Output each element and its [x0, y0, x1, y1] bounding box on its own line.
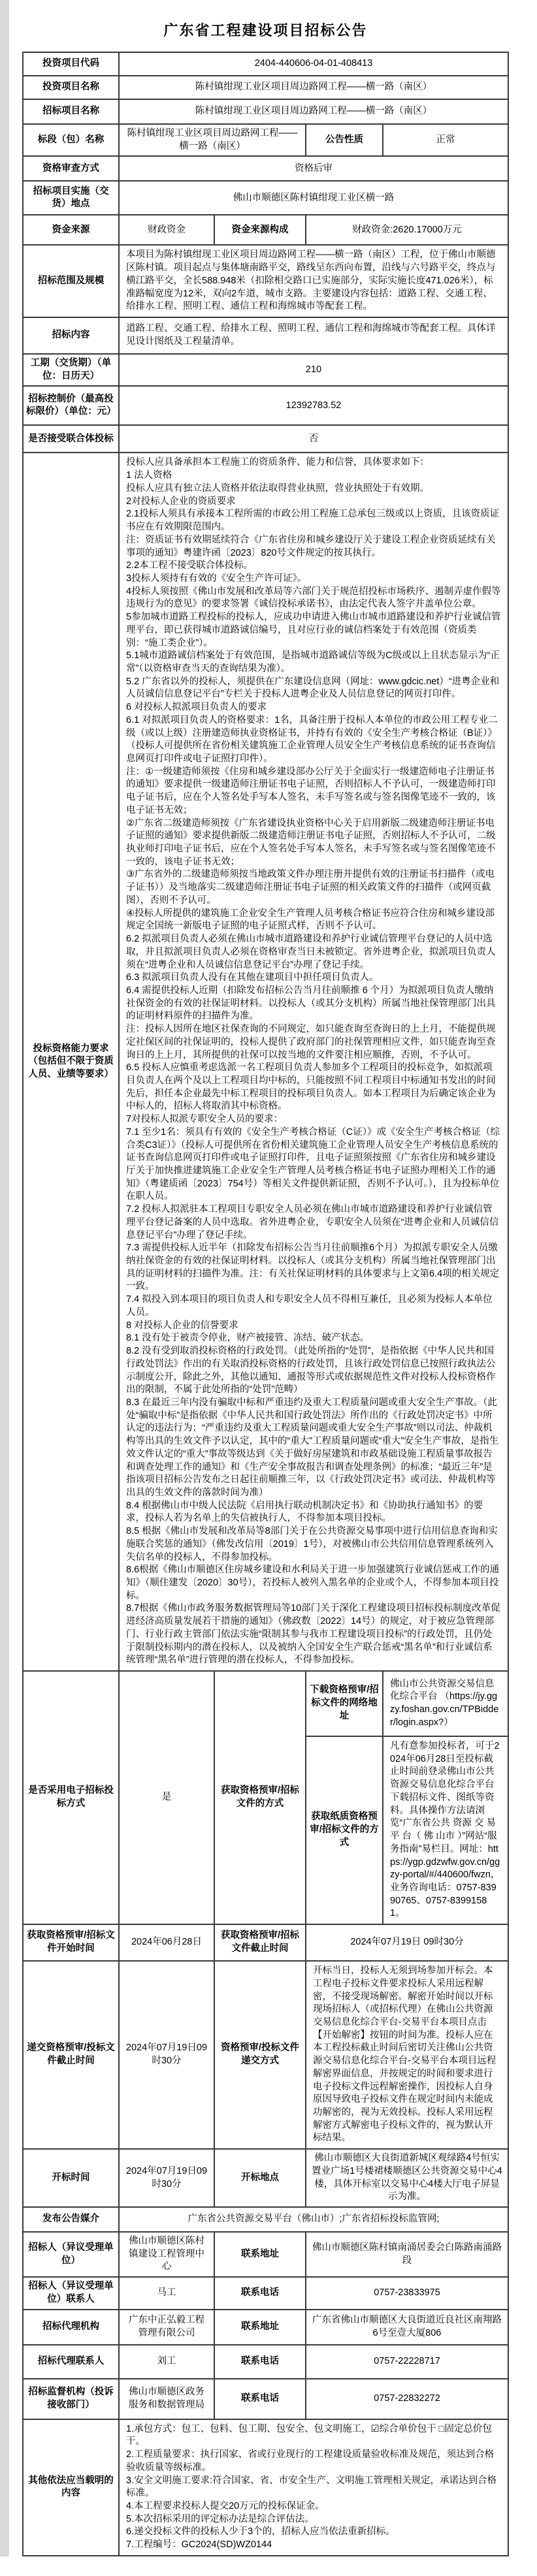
opening-place-label: 开标地点: [214, 2149, 306, 2207]
scope-value: 本项目为陈村镇绀现工业区项目周边路网工程——横一路（南区）工程，位于佛山市顺德区…: [119, 245, 508, 317]
row-content: 招标内容 道路工程、交通工程、给排水工程、照明工程、通信工程和海绵城市等配套工程…: [23, 317, 508, 354]
price-cap-value: 12392783.52: [119, 386, 508, 425]
price-cap-label: 招标控制价（最高投标限价）（单位：元）: [23, 386, 119, 425]
supervisor-value: 佛山市顺德区政务服务和数据管理局: [119, 2379, 214, 2419]
row-funding: 资金来源 财政资金 资金来源构成 财政资金:2620.17000万元: [23, 215, 508, 245]
tender-notice-table: 投资项目代码 2404-440606-04-01-408413 投资项目名称 陈…: [22, 52, 509, 2556]
submit-deadline-value: 2024年07月19日09时30分: [119, 1961, 214, 2149]
obtain-end-label: 获取资格预审/招标文件截止时间: [214, 1924, 306, 1961]
row-submit-deadline: 递交资格预审/投标文件截止时间 2024年07月19日09时30分 资格预审/投…: [23, 1961, 508, 2149]
row-tenderer: 招标人（异议受理单位） 佛山市顺德区陈村镇建设工程管理中心 联系地址 佛山市顺德…: [23, 2232, 508, 2277]
row-joint-bid: 是否接受联合体投标 否: [23, 425, 508, 453]
agency-phone-value: 0757-22228717: [306, 2345, 508, 2379]
funding-comp-value: 财政资金:2620.17000万元: [306, 215, 508, 245]
supervisor-phone-value: 0757-22832272: [306, 2379, 508, 2419]
content-value: 道路工程、交通工程、给排水工程、照明工程、通信工程和海绵城市等配套工程。具体详见…: [119, 317, 508, 354]
location-value: 佛山市顺德区陈村镇绀现工业区横一路: [119, 181, 508, 215]
row-electronic-bidding: 是否采用电子招标投标方式 是 获取资格预审/招标文件的方式 下载资格预审/招标文…: [23, 1671, 508, 1736]
download-url-label: 下载资格预审/招标文件的网络地址: [306, 1671, 383, 1736]
invest-name-value: 陈村镇绀现工业区项目周边路网工程——横一路（南区）: [119, 76, 508, 99]
duration-label: 工期（交货期）（单位：日历天）: [23, 354, 119, 386]
section-name-label: 标段（包）名称: [23, 124, 119, 156]
row-obtain-time: 获取资格预审/招标文件开始时间 2024年06月28日 获取资格预审/招标文件截…: [23, 1924, 508, 1961]
page-left-edge: [0, 0, 9, 2556]
tenderer-phone-value: 0757-23833975: [306, 2277, 508, 2309]
media-label: 发布公告媒介: [23, 2207, 119, 2232]
scope-label: 招标范围及规模: [23, 245, 119, 317]
agency-contact-label: 招标代理联系人: [23, 2345, 119, 2379]
row-duration: 工期（交货期）（单位：日历天） 210: [23, 354, 508, 386]
notice-nature-label: 公告性质: [306, 124, 383, 156]
section-name-value: 陈村镇绀现工业区项目周边路网工程——横一路（南区）: [119, 124, 306, 156]
media-value: 广东省公共资源交易平台（佛山市）;广东省招标投标监管网;: [119, 2207, 508, 2232]
other-content-label: 其他依法应当载明的内容: [23, 2419, 119, 2556]
opening-time-value: 2024年07月19日09时30分: [119, 2149, 214, 2207]
row-qualification: 投标资格能力要求（包括但不限于资质人员、业绩等要求） 投标人应具备承担本工程施工…: [23, 453, 508, 1671]
project-code-label: 投资项目代码: [23, 52, 119, 76]
agency-address-value: 广东省佛山市顺德区大良街道近良社区南翔路6号至壹大厦806: [306, 2310, 508, 2345]
row-agency: 招标代理机构 广东中正弘毅工程管理有限公司 联系地址 广东省佛山市顺德区大良街道…: [23, 2310, 508, 2345]
obtain-end-value: 2024年07月19日 09时30分: [306, 1924, 508, 1961]
agency-address-label: 联系地址: [214, 2310, 306, 2345]
electronic-bidding-label: 是否采用电子招标投标方式: [23, 1671, 119, 1924]
agency-label: 招标代理机构: [23, 2310, 119, 2345]
agency-contact-value: 刘工: [119, 2345, 214, 2379]
tenderer-label: 招标人（异议受理单位）: [23, 2232, 119, 2277]
opening-place-value: 佛山市顺德区大良街道新城区观绿路4号恒实置业广场1号楼裙楼顺德区公共资源交易中心…: [306, 2149, 508, 2207]
review-method-label: 资格审查方式: [23, 156, 119, 181]
other-content-value: 1.承包方式：包工、包料、包工期、包安全、包文明施工，☑综合单价包干 □固定总价…: [119, 2419, 508, 2556]
row-section-name: 标段（包）名称 陈村镇绀现工业区项目周边路网工程——横一路（南区） 公告性质 正…: [23, 124, 508, 156]
obtain-method-label: 获取资格预审/招标文件的方式: [214, 1671, 306, 1924]
funding-label: 资金来源: [23, 215, 119, 245]
tenderer-phone-label: 联系电话: [214, 2277, 306, 2309]
row-other-content: 其他依法应当载明的内容 1.承包方式：包工、包料、包工期、包安全、包文明施工，☑…: [23, 2419, 508, 2556]
paper-obtain-label: 获取纸质资格预审/招标文件的方式: [306, 1736, 383, 1924]
row-price-cap: 招标控制价（最高投标限价）（单位：元） 12392783.52: [23, 386, 508, 425]
row-supervisor: 招标监督机构（投诉接收部门） 佛山市顺德区政务服务和数据管理局 联系电话 075…: [23, 2379, 508, 2419]
submit-method-label: 资格预审/投标文件递交方式: [214, 1961, 306, 2149]
tenderer-address-value: 佛山市顺德区陈村镇南涌居委会白陈路南涌路段: [306, 2232, 508, 2277]
funding-comp-label: 资金来源构成: [214, 215, 306, 245]
joint-bid-value: 否: [119, 425, 508, 453]
tenderer-value: 佛山市顺德区陈村镇建设工程管理中心: [119, 2232, 214, 2277]
supervisor-label: 招标监督机构（投诉接收部门）: [23, 2379, 119, 2419]
obtain-start-value: 2024年06月28日: [119, 1924, 214, 1961]
row-review-method: 资格审查方式 资格后审: [23, 156, 508, 181]
row-project-code: 投资项目代码 2404-440606-04-01-408413: [23, 52, 508, 76]
qualification-value: 投标人应具备承担本工程施工的资质条件、能力和信誉，具体要求如下： 1 法人资格 …: [119, 453, 508, 1671]
download-url-value: 佛山市公共资源交易信息化综合平台 （https://jy.ggzy.foshan…: [383, 1671, 508, 1736]
duration-value: 210: [119, 354, 508, 386]
location-label: 招标项目实施（交货）地点: [23, 181, 119, 215]
funding-value: 财政资金: [119, 215, 214, 245]
row-scope: 招标范围及规模 本项目为陈村镇绀现工业区项目周边路网工程——横一路（南区）工程，…: [23, 245, 508, 317]
content-label: 招标内容: [23, 317, 119, 354]
obtain-start-label: 获取资格预审/招标文件开始时间: [23, 1924, 119, 1961]
tenderer-contact-value: 马工: [119, 2277, 214, 2309]
tenderer-address-label: 联系地址: [214, 2232, 306, 2277]
submit-deadline-label: 递交资格预审/投标文件截止时间: [23, 1961, 119, 2149]
row-tender-name: 招标项目名称 陈村镇绀现工业区项目周边路网工程——横一路（南区）: [23, 99, 508, 124]
row-invest-name: 投资项目名称 陈村镇绀现工业区项目周边路网工程——横一路（南区）: [23, 76, 508, 99]
row-tenderer-contact: 招标人（异议受理单位）联系人 马工 联系电话 0757-23833975: [23, 2277, 508, 2309]
tenderer-contact-label: 招标人（异议受理单位）联系人: [23, 2277, 119, 2309]
row-agency-contact: 招标代理联系人 刘工 联系电话 0757-22228717: [23, 2345, 508, 2379]
notice-nature-value: 正常: [383, 124, 508, 156]
project-code-value: 2404-440606-04-01-408413: [119, 52, 508, 76]
tender-notice-page: 广东省工程建设项目招标公告 投资项目代码 2404-440606-04-01-4…: [0, 0, 537, 2556]
agency-phone-label: 联系电话: [214, 2345, 306, 2379]
row-media: 发布公告媒介 广东省公共资源交易平台（佛山市）;广东省招标投标监管网;: [23, 2207, 508, 2232]
paper-obtain-value: 凡有意参加投标者，可于2024年06月28日至投标截止时间前登录佛山市公共资源交…: [383, 1736, 508, 1924]
qualification-label: 投标资格能力要求（包括但不限于资质人员、业绩等要求）: [23, 453, 119, 1671]
electronic-bidding-value: 是: [119, 1671, 214, 1924]
submit-method-value: 开标当日，投标人无须到场参加开标会。本工程电子投标文件要求投标人采用远程解密，不…: [306, 1961, 508, 2149]
invest-name-label: 投资项目名称: [23, 76, 119, 99]
review-method-value: 资格后审: [119, 156, 508, 181]
row-opening: 开标时间 2024年07月19日09时30分 开标地点 佛山市顺德区大良街道新城…: [23, 2149, 508, 2207]
agency-value: 广东中正弘毅工程管理有限公司: [119, 2310, 214, 2345]
tender-name-value: 陈村镇绀现工业区项目周边路网工程——横一路（南区）: [119, 99, 508, 124]
supervisor-phone-label: 联系电话: [214, 2379, 306, 2419]
row-location: 招标项目实施（交货）地点 佛山市顺德区陈村镇绀现工业区横一路: [23, 181, 508, 215]
joint-bid-label: 是否接受联合体投标: [23, 425, 119, 453]
opening-time-label: 开标时间: [23, 2149, 119, 2207]
tender-name-label: 招标项目名称: [23, 99, 119, 124]
page-title: 广东省工程建设项目招标公告: [22, 0, 509, 52]
